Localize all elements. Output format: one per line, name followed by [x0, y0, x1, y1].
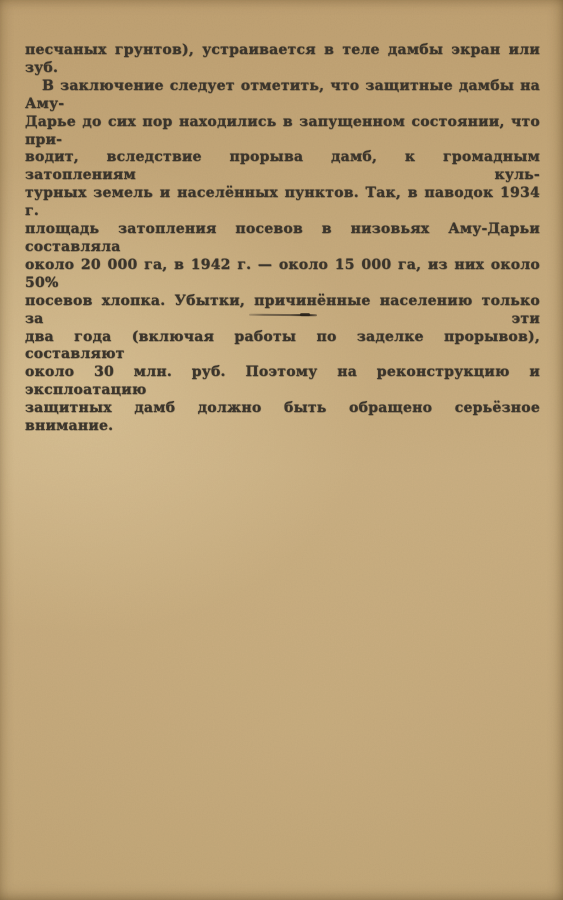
page-text-block: песчаных грунтов), устраивается в теле д… — [25, 42, 540, 436]
text-line-paragraph-start: В заключение следует отметить, что защит… — [25, 78, 540, 114]
text-line: защитных дамб должно быть обращено серьё… — [25, 400, 540, 436]
book-page: песчаных грунтов), устраивается в теле д… — [0, 0, 563, 900]
text-line: около 30 млн. руб. Поэтому на реконструк… — [25, 364, 540, 400]
text-line: зуб. — [25, 60, 540, 78]
text-line: посевов хлопка. Убытки, причинённые насе… — [25, 293, 540, 329]
text-line: Дарье до сих пор находились в запущенном… — [25, 114, 540, 150]
text-line: турных земель и населённых пунктов. Так,… — [25, 185, 540, 221]
text-line: около 20 000 га, в 1942 г. — около 15 00… — [25, 257, 540, 293]
text-line: водит, вследствие прорыва дамб, к громад… — [25, 149, 540, 185]
text-line: площадь затопления посевов в низовьях Ам… — [25, 221, 540, 257]
text-line: песчаных грунтов), устраивается в теле д… — [25, 42, 540, 60]
text-line: два года (включая работы по заделке прор… — [25, 329, 540, 365]
